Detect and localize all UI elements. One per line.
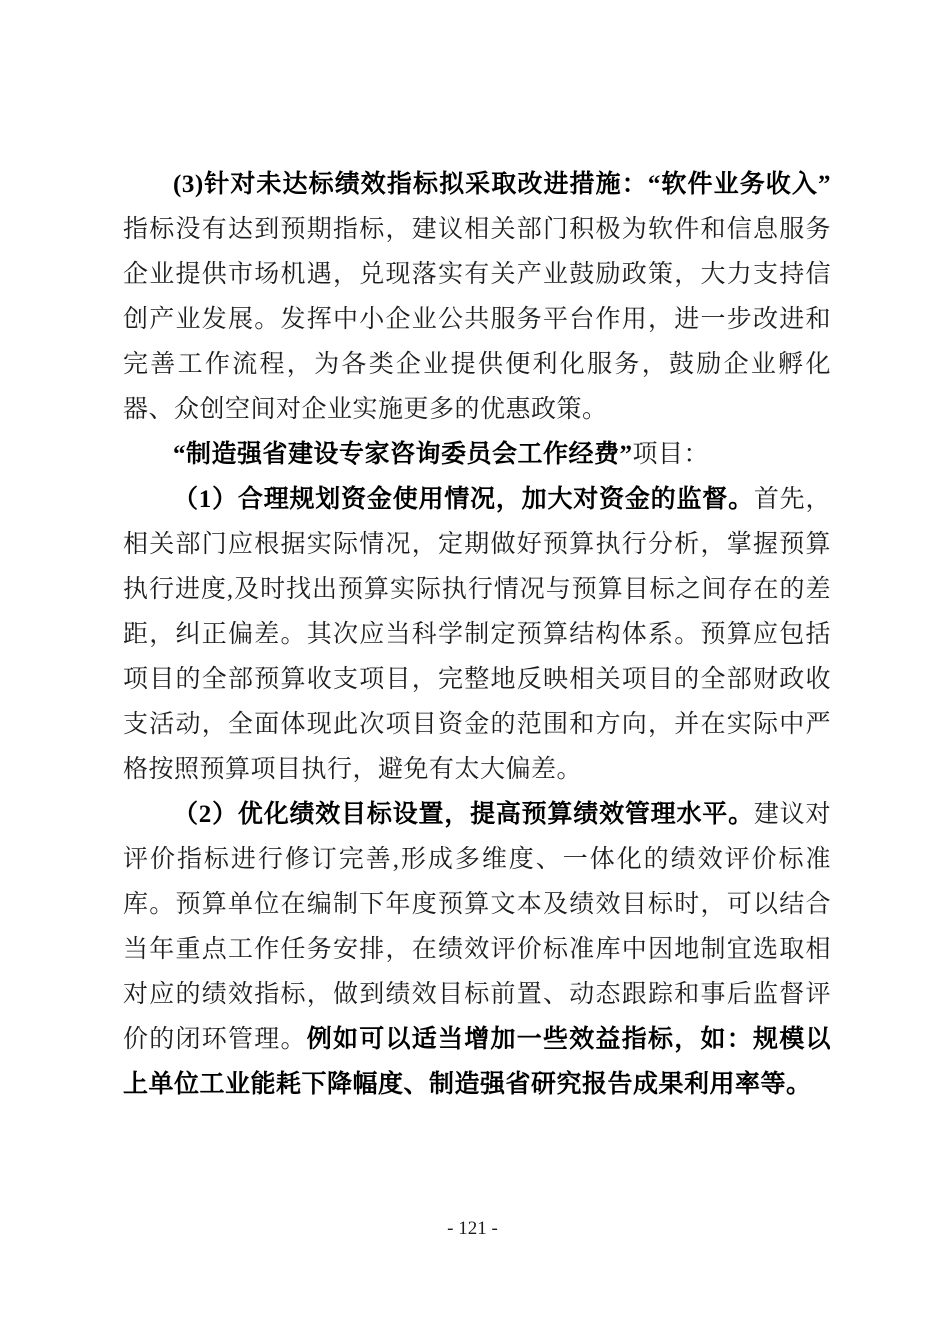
paragraph: (3)针对未达标绩效指标拟采取改进措施：“软件业务收入”指标没有达到预期指标，建… <box>123 162 831 432</box>
paragraph: “制造强省建设专家咨询委员会工作经费”项目： <box>123 432 831 477</box>
paragraph: （1）合理规划资金使用情况，加大对资金的监督。首先，相关部门应根据实际情况，定期… <box>123 477 831 792</box>
text-run-bold: （1）合理规划资金使用情况，加大对资金的监督。 <box>173 486 754 513</box>
text-run-bold: (3)针对未达标绩效指标拟采取改进措施：“软件业务收入” <box>173 171 831 198</box>
text-run: 指标没有达到预期指标，建议相关部门积极为软件和信息服务企业提供市场机遇，兑现落实… <box>123 216 831 423</box>
paragraph: （2）优化绩效目标设置，提高预算绩效管理水平。建议对评价指标进行修订完善,形成多… <box>123 792 831 1107</box>
text-run: 建议对评价指标进行修订完善,形成多维度、一体化的绩效评价标准库。预算单位在编制下… <box>123 801 831 1053</box>
document-body: (3)针对未达标绩效指标拟采取改进措施：“软件业务收入”指标没有达到预期指标，建… <box>123 162 831 1107</box>
text-run-bold: （2）优化绩效目标设置，提高预算绩效管理水平。 <box>173 801 754 828</box>
text-run: 首先，相关部门应根据实际情况，定期做好预算执行分析，掌握预算执行进度,及时找出预… <box>123 486 831 783</box>
text-run: 项目： <box>633 441 710 468</box>
page-footer: - 121 - <box>0 1215 945 1243</box>
document-page: (3)针对未达标绩效指标拟采取改进措施：“软件业务收入”指标没有达到预期指标，建… <box>0 0 945 1336</box>
page-number: - 121 - <box>447 1218 498 1239</box>
text-run-bold: “制造强省建设专家咨询委员会工作经费” <box>173 441 633 468</box>
